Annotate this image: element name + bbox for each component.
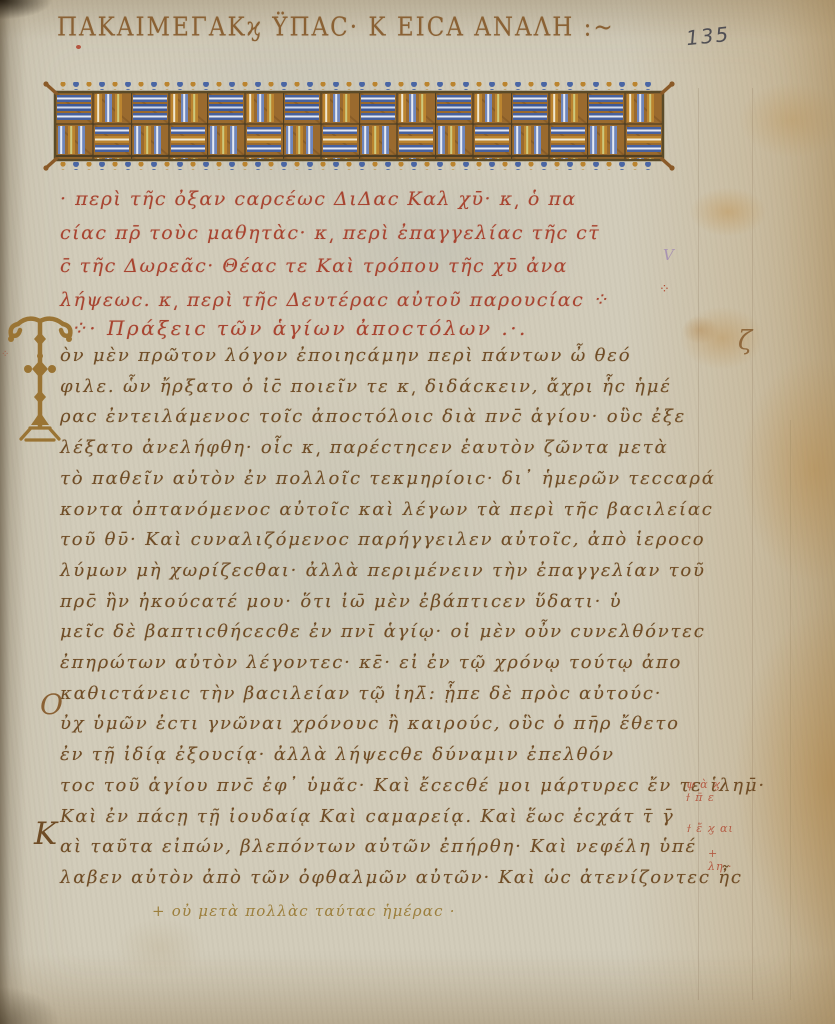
body-line: καθιϲτάνειϲ τὴν βαϲιλείαν τῷ ἰηλ̄: ᾗπε δ… xyxy=(60,679,775,710)
band-weave-icon xyxy=(43,80,675,172)
folio-number: 135 xyxy=(685,22,731,50)
body-line: ραϲ ἐντειλάμενοϲ τοῖϲ ἀποϲτόλοιϲ διὰ πνϲ… xyxy=(60,402,775,433)
body-line: Καὶ ἐν πάϲῃ τῇ ἰουδαίᾳ Καὶ ϲαμαρείᾳ. Καὶ… xyxy=(60,802,775,833)
body-line: τὸ παθεῖν αὐτὸν ἐν πολλοῖϲ τεκμηρίοιϲ· δ… xyxy=(60,464,775,495)
footnote: + οὐ μετὰ πολλὰϲ ταύταϲ ἡμέραϲ · xyxy=(152,902,456,920)
gutter-marks: ⁘ xyxy=(1,348,9,362)
quire-mark: ζ xyxy=(738,326,752,356)
section-title: ⁘· Πράξειϲ τῶν ἁγίων ἀποϲτόλων .·. xyxy=(70,316,528,340)
rubric-end-ornament: ⁘ xyxy=(659,282,670,297)
body-line: κοντα ὀπτανόμενοϲ αὐτοῖϲ καὶ λέγων τὰ πε… xyxy=(60,495,775,526)
ruling-line xyxy=(790,420,791,1000)
rubric-line: ϲ̄ τῆϲ Δωρεᾶϲ· Θέαϲ τε Καὶ τρόπου τῆϲ χῡ… xyxy=(60,250,700,284)
body-line: ἐπηρώτων αὐτὸν λέγοντεϲ· κε̄· εἰ ἐν τῷ χ… xyxy=(60,648,775,679)
rubric-line: · περὶ τῆϲ ὀξαν ϲαρϲέωϲ ΔιΔαϲ Καλ χῡ· κ͵… xyxy=(60,183,700,217)
body-line: λύμων μὴ χωρίζεϲθαι· ἀλλὰ περιμένειν τὴν… xyxy=(60,556,775,587)
manuscript-page: ΠΑΚΑΙΜΕΓΑΚϗ ΫΠΑϹ· Κ ΕΙϹΑ ΑΝΑΛΗ :~ 135 xyxy=(0,0,835,1024)
body-line: λέξατο ἀνελήφθη· οἷϲ κ͵ παρέϲτηϲεν ἑαυτὸ… xyxy=(60,433,775,464)
body-line: φιλε. ὧν ἤρξατο ὁ ἰϲ̄ ποιεῖν τε κ͵ διδάϲ… xyxy=(60,372,775,403)
body-line: αὶ ταῦτα εἰπών, βλεπόντων αὐτῶν ἐπήρθη· … xyxy=(60,832,775,863)
margin-gloss-1: ψ ὰ ϗ ϯ π̄ ε xyxy=(686,778,721,804)
margin-gloss-3: + λη · xyxy=(708,847,733,873)
margin-initial-kappa: Κ xyxy=(34,816,57,852)
rubric-block: · περὶ τῆϲ ὀξαν ϲαρϲέωϲ ΔιΔαϲ Καλ χῡ· κ͵… xyxy=(60,183,700,317)
margin-gloss-2: ϯ ἔ ϗ αι xyxy=(687,822,734,835)
red-fleck xyxy=(76,45,81,49)
ruling-line xyxy=(752,88,753,1000)
body-line: λαβεν αὐτὸν ἀπὸ τῶν ὀφθαλμῶν αὐτῶν· Καὶ … xyxy=(60,863,775,894)
body-line: ὐχ ὑμῶν ἐϲτι γνῶναι χρόνουϲ ἢ καιρούϲ, ο… xyxy=(60,709,775,740)
running-header: ΠΑΚΑΙΜΕΓΑΚϗ ΫΠΑϹ· Κ ΕΙϹΑ ΑΝΑΛΗ :~ xyxy=(57,13,667,42)
body-line: πρϲ̄ ἣν ἠκούϲατέ μου· ὅτι ἰω̄ μὲν ἐβάπτι… xyxy=(60,587,775,618)
ruling-line xyxy=(698,88,699,1000)
rubric-line: λήψεωϲ. κ͵ περὶ τῆϲ Δευτέραϲ αὐτοῦ παρου… xyxy=(60,284,700,318)
purple-margin-mark: V xyxy=(663,246,674,264)
margin-initial-omicron: Ο xyxy=(40,688,63,721)
body-line: μεῖϲ δὲ βαπτιϲθήϲεϲθε ἐν πνῑ ἁγίῳ· οἱ μὲ… xyxy=(60,617,775,648)
body-line: ἐν τῇ ἰδίᾳ ἐξουϲίᾳ· ἀλλὰ λήψεϲθε δύναμιν… xyxy=(60,740,775,771)
rubric-line: ϲίαϲ πρ̄ τοὺϲ μαθητὰϲ· κ͵ περὶ ἐπαγγελία… xyxy=(60,217,700,251)
body-line: τοῦ θῡ· Καὶ ϲυναλιζόμενοϲ παρήγγειλεν αὐ… xyxy=(60,525,775,556)
body-line: τοϲ τοῦ ἁγίου πνϲ̄ ἐφ᾽ ὑμᾶϲ· Καὶ ἔϲεϲθέ … xyxy=(60,771,775,802)
body-text-block: ὸν μὲν πρῶτον λόγον ἐποιηϲάμην περὶ πάντ… xyxy=(60,341,775,894)
body-line: ὸν μὲν πρῶτον λόγον ἐποιηϲάμην περὶ πάντ… xyxy=(60,341,775,372)
headpiece-band xyxy=(43,80,675,172)
